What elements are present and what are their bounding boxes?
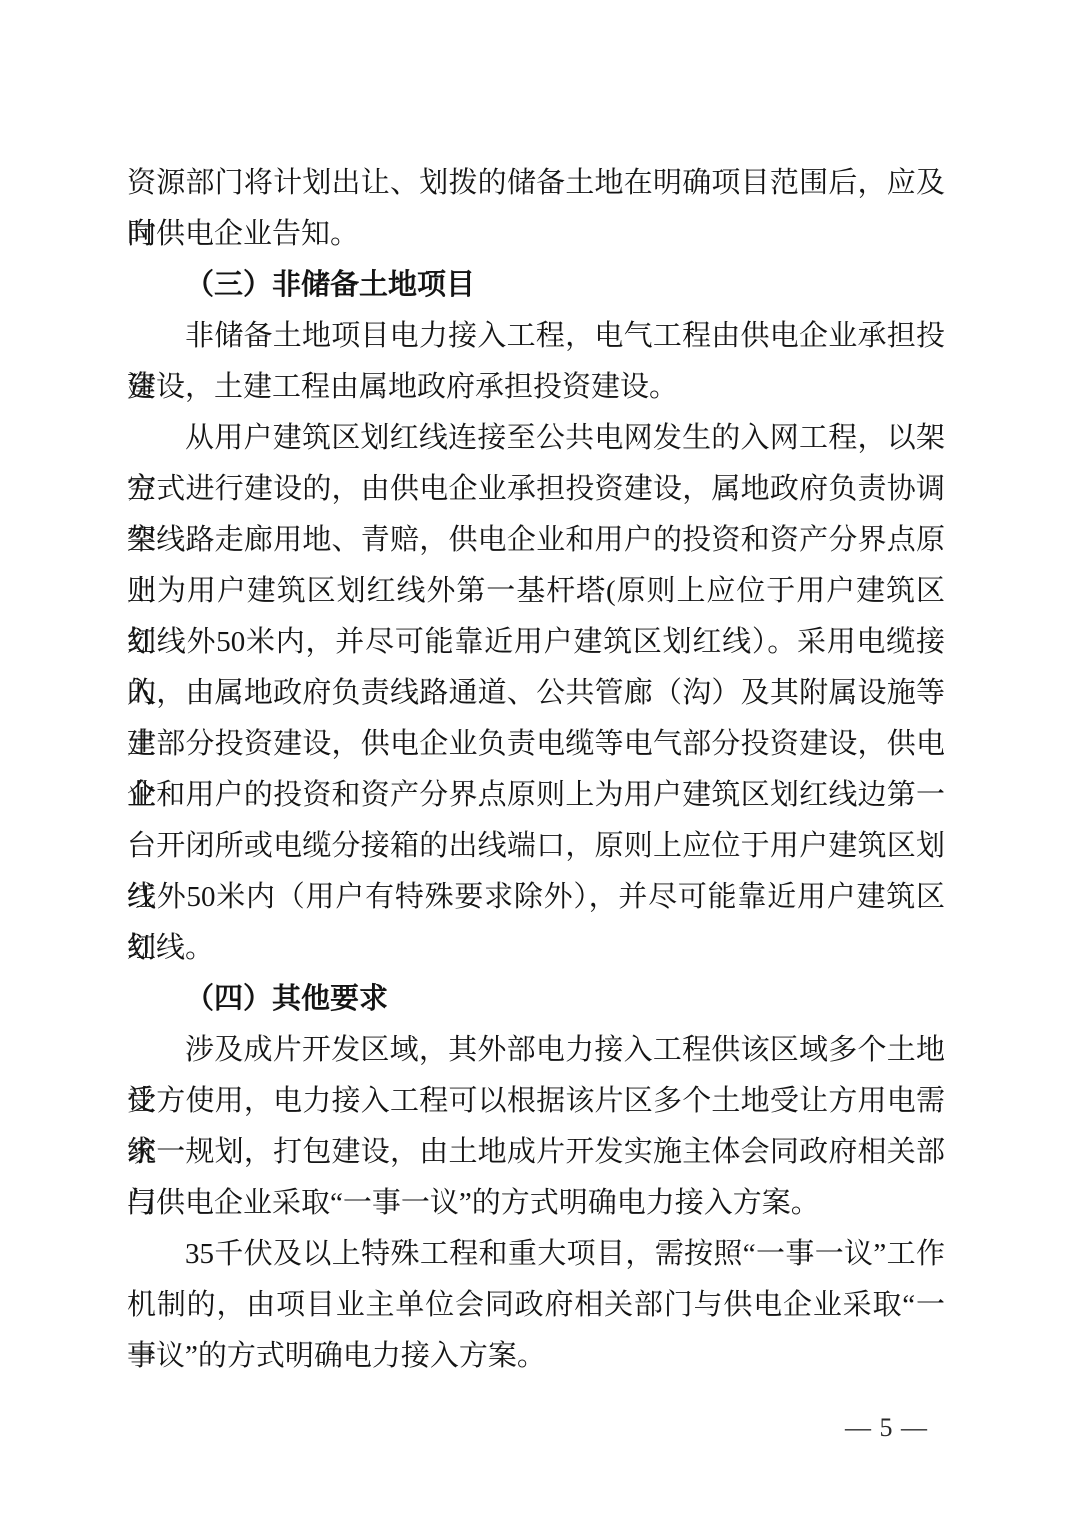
text-line: 红线外50米内，并尽可能靠近用户建筑区划红线）。采用电缆接入 <box>127 617 945 668</box>
text-line: 上为用户建筑区划红线外第一基杆塔(原则上应位于用户建筑区划 <box>127 566 945 617</box>
text-line: 空线路走廊用地、青赔，供电企业和用户的投资和资产分界点原则 <box>127 515 945 566</box>
text-line: 统一规划，打包建设，由土地成片开发实施主体会同政府相关部门 <box>127 1127 945 1178</box>
text-line: 红线。 <box>127 923 945 974</box>
text-line: 建部分投资建设，供电企业负责电缆等电气部分投资建设，供电企 <box>127 719 945 770</box>
text-line: 线外50米内（用户有特殊要求除外），并尽可能靠近用户建筑区划 <box>127 872 945 923</box>
text-line: 非储备土地项目电力接入工程，电气工程由供电企业承担投资 <box>127 311 945 362</box>
text-line: 涉及成片开发区域，其外部电力接入工程供该区域多个土地受 <box>127 1025 945 1076</box>
text-line: 方式进行建设的，由供电企业承担投资建设，属地政府负责协调架 <box>127 464 945 515</box>
text-line: 资源部门将计划出让、划拨的储备土地在明确项目范围后，应及时 <box>127 158 945 209</box>
text-line: （四）其他要求 <box>127 974 945 1025</box>
text-line: 从用户建筑区划红线连接至公共电网发生的入网工程，以架空 <box>127 413 945 464</box>
page-footer: — 5 — <box>845 1408 965 1448</box>
text-line: 向供电企业告知。 <box>127 209 945 260</box>
text-line: 的，由属地政府负责线路通道、公共管廊（沟）及其附属设施等土 <box>127 668 945 719</box>
text-line: 台开闭所或电缆分接箱的出线端口，原则上应位于用户建筑区划红 <box>127 821 945 872</box>
text-line: 一议”的方式明确电力接入方案。 <box>127 1331 945 1382</box>
text-line: 35千伏及以上特殊工程和重大项目，需按照“一事一议”工作 <box>127 1229 945 1280</box>
text-line: 让方使用，电力接入工程可以根据该片区多个土地受让方用电需求 <box>127 1076 945 1127</box>
text-line: 机制的，由项目业主单位会同政府相关部门与供电企业采取“一事 <box>127 1280 945 1331</box>
text-line: 业和用户的投资和资产分界点原则上为用户建筑区划红线边第一 <box>127 770 945 821</box>
document-page: 资源部门将计划出让、划拨的储备土地在明确项目范围后，应及时 向供电企业告知。 （… <box>0 0 1069 1520</box>
text-line: 与供电企业采取“一事一议”的方式明确电力接入方案。 <box>127 1178 945 1229</box>
text-line: 建设，土建工程由属地政府承担投资建设。 <box>127 362 945 413</box>
text-line: （三）非储备土地项目 <box>127 260 945 311</box>
page-number: — 5 — <box>845 1413 928 1442</box>
document-body: 资源部门将计划出让、划拨的储备土地在明确项目范围后，应及时 向供电企业告知。 （… <box>127 158 945 1382</box>
